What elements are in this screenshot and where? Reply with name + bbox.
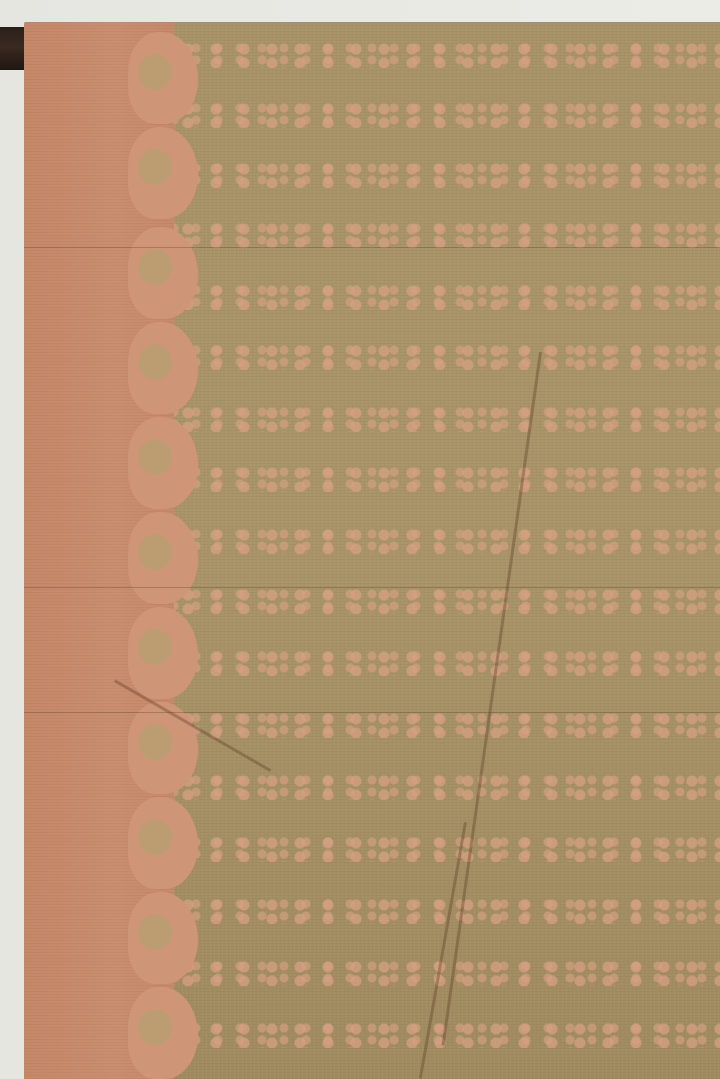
textile-panel [24, 22, 720, 1079]
hanging-rod [0, 27, 26, 70]
